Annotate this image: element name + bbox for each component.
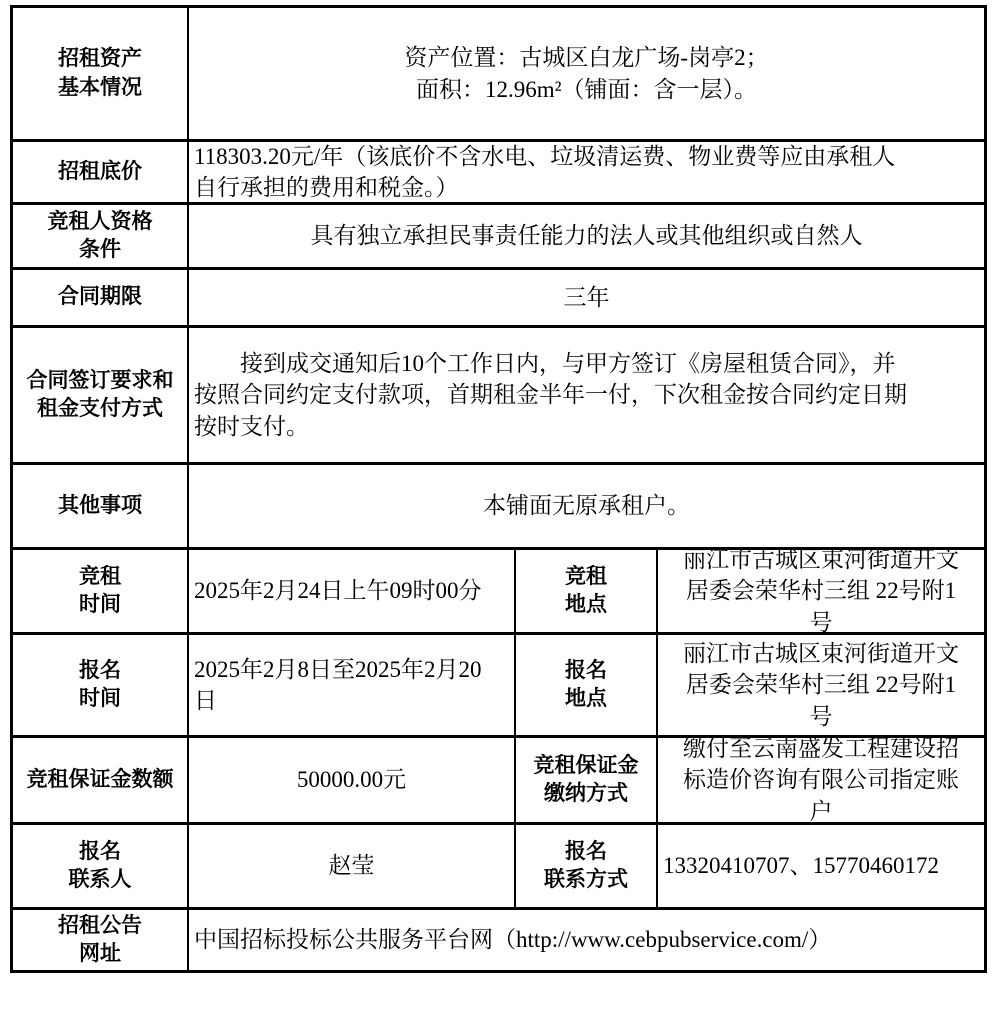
deposit-amount-label: 竞租保证金数额 xyxy=(13,738,189,825)
bidding-time-value: 2025年2月24日上午09时00分 xyxy=(189,550,516,635)
registration-location-label: 报名 地点 xyxy=(516,635,658,738)
registration-time-label: 报名 时间 xyxy=(13,635,189,738)
announcement-website-label: 招租公告 网址 xyxy=(13,910,189,970)
bidder-qualification-label: 竞租人资格 条件 xyxy=(13,205,189,270)
base-rent-price-value: 118303.20元/年（该底价不含水电、垃圾清运费、物业费等应由承租人 自行承… xyxy=(189,142,984,205)
deposit-amount-value: 50000.00元 xyxy=(189,738,516,825)
asset-basic-info-value: 资产位置：古城区白龙广场-岗亭2； 面积：12.96m²（铺面：含一层）。 xyxy=(189,8,984,142)
registration-contact-label: 报名 联系人 xyxy=(13,825,189,910)
bidding-time-label: 竞租 时间 xyxy=(13,550,189,635)
contract-term-value: 三年 xyxy=(189,270,984,328)
rental-notice-table: 招租资产 基本情况 资产位置：古城区白龙广场-岗亭2； 面积：12.96m²（铺… xyxy=(10,5,987,973)
registration-contact-number-value: 13320410707、15770460172 xyxy=(658,825,984,910)
registration-time-value: 2025年2月8日至2025年2月20 日 xyxy=(189,635,516,738)
announcement-website-value: 中国招标投标公共服务平台网（http://www.cebpubservice.c… xyxy=(189,910,984,970)
page: { "colors": { "background": "#ffffff", "… xyxy=(0,0,1000,1016)
registration-contact-number-label: 报名 联系方式 xyxy=(516,825,658,910)
base-rent-price-label: 招租底价 xyxy=(13,142,189,205)
bidding-location-label: 竞租 地点 xyxy=(516,550,658,635)
deposit-payment-method-value: 缴付至云南盛发工程建设招 标造价咨询有限公司指定账 户 xyxy=(658,738,984,825)
other-matters-label: 其他事项 xyxy=(13,465,189,550)
bidding-location-value: 丽江市古城区束河街道开文 居委会荣华村三组 22号附1 号 xyxy=(658,550,984,635)
other-matters-value: 本铺面无原承租户。 xyxy=(189,465,984,550)
registration-contact-value: 赵莹 xyxy=(189,825,516,910)
contract-term-label: 合同期限 xyxy=(13,270,189,328)
deposit-payment-method-label: 竞租保证金 缴纳方式 xyxy=(516,738,658,825)
contract-signing-payment-value: 接到成交通知后10个工作日内，与甲方签订《房屋租赁合同》，并 按照合同约定支付款… xyxy=(189,328,984,465)
contract-signing-payment-label: 合同签订要求和 租金支付方式 xyxy=(13,328,189,465)
registration-location-value: 丽江市古城区束河街道开文 居委会荣华村三组 22号附1 号 xyxy=(658,635,984,738)
asset-basic-info-label: 招租资产 基本情况 xyxy=(13,8,189,142)
bidder-qualification-value: 具有独立承担民事责任能力的法人或其他组织或自然人 xyxy=(189,205,984,270)
